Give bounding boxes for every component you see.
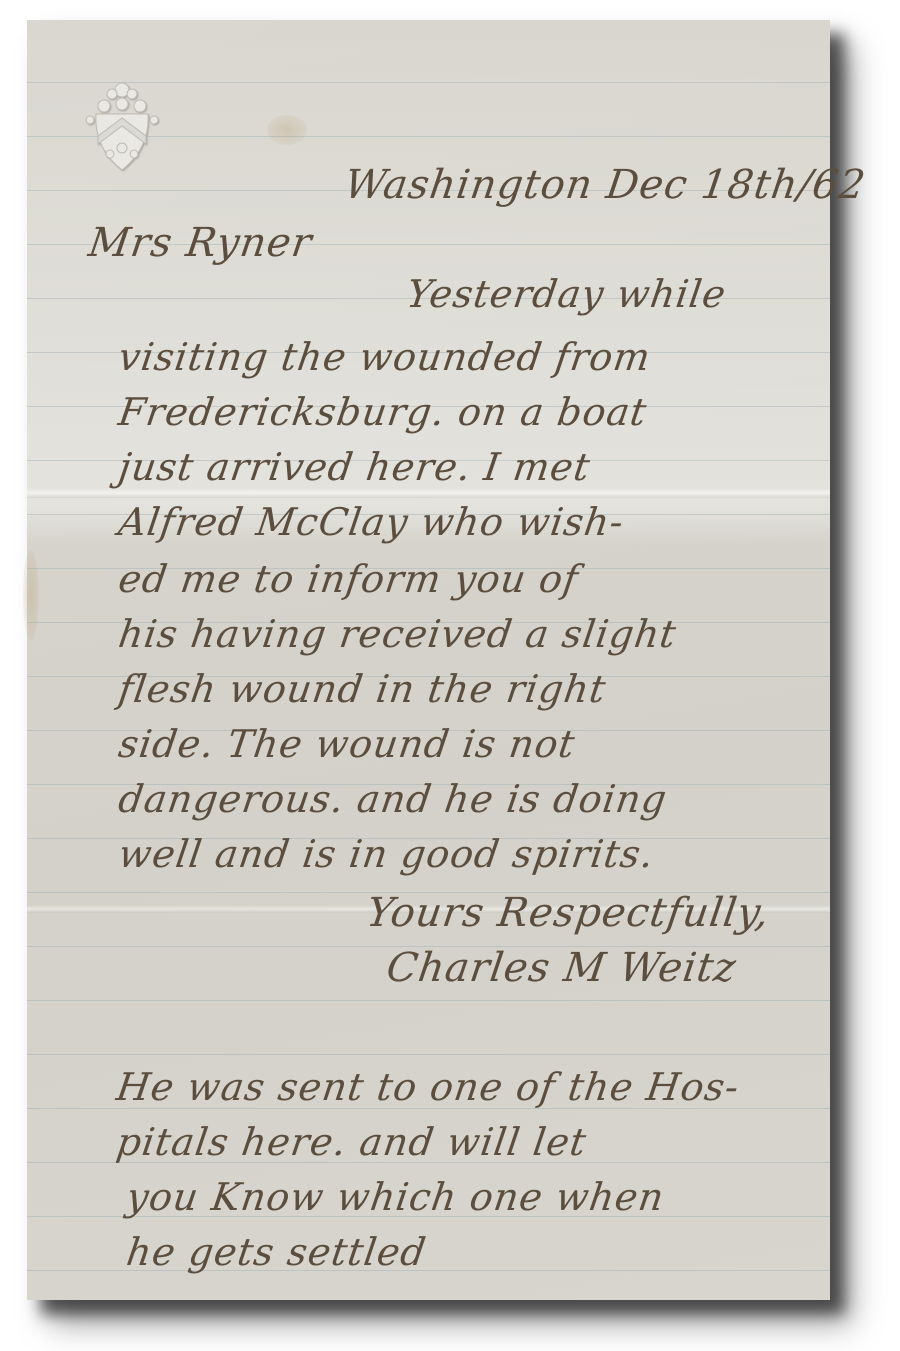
letter-paper: Washington Dec 18th/62 Mrs Ryner Yesterd… <box>27 20 830 1300</box>
edge-stain <box>23 550 39 640</box>
coat-of-arms-emboss-icon <box>82 78 162 178</box>
body-line: just arrived here. I met <box>116 445 593 489</box>
postscript-line: pitals here. and will let <box>114 1120 590 1164</box>
letter-salutation: Mrs Ryner <box>86 220 315 266</box>
letter-closing: Yours Respectfully, <box>364 890 773 936</box>
body-line: visiting the wounded from <box>116 335 654 379</box>
body-line: flesh wound in the right <box>116 667 609 711</box>
letter-signature: Charles M Weitz <box>384 945 740 991</box>
letter-place-date: Washington Dec 18th/62 <box>342 162 869 208</box>
body-line: dangerous. and he is doing <box>116 777 670 821</box>
body-line: side. The wound is not <box>116 722 578 766</box>
body-line: well and is in good spirits. <box>116 832 657 876</box>
body-line: Alfred McClay who wish- <box>116 500 627 544</box>
body-line: his having received a slight <box>116 612 680 656</box>
foxing-spot <box>267 115 307 145</box>
body-line: Yesterday while <box>404 272 729 316</box>
body-line: ed me to inform you of <box>116 557 582 601</box>
postscript-line: he gets settled <box>124 1230 429 1274</box>
postscript-line: you Know which one when <box>124 1175 667 1219</box>
postscript-line: He was sent to one of the Hos- <box>114 1065 742 1109</box>
body-line: Fredericksburg. on a boat <box>116 390 650 434</box>
